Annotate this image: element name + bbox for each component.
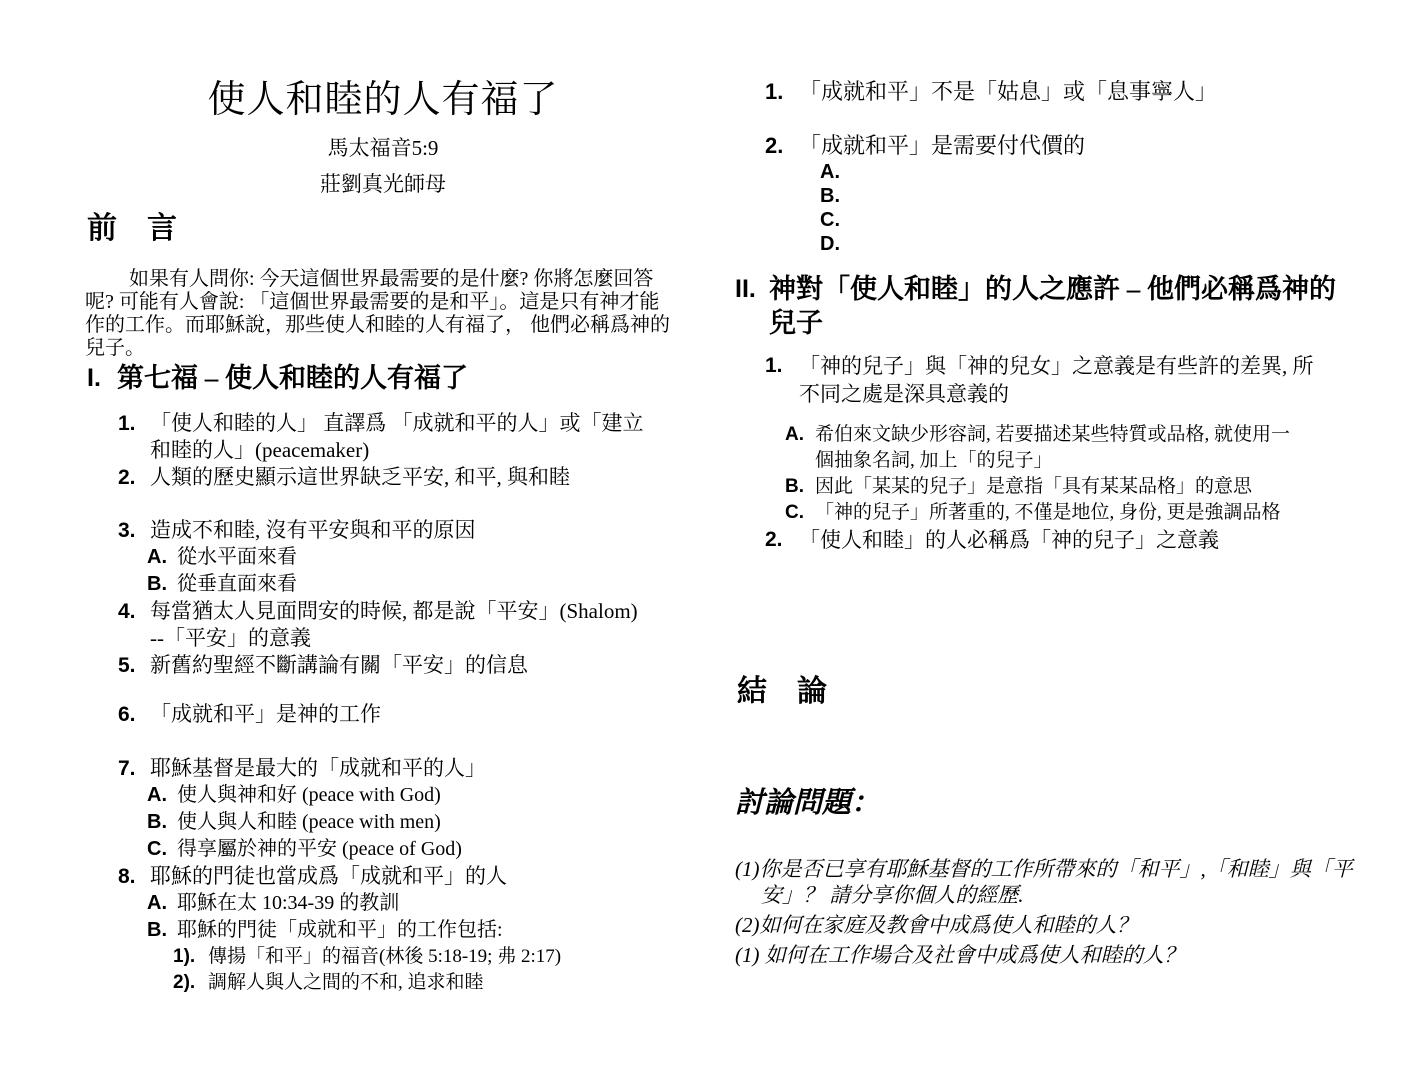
preface-paragraph: 如果有人問你: 今天這個世界最需要的是什麼? 你將怎麼回答呢? 可能有人會說: …	[85, 268, 677, 360]
item-text: 人類的歷史顯示這世界缺乏平安, 和平, 與和睦	[150, 464, 570, 491]
list-item: 3. 造成不和睦, 沒有平安與和平的原因	[85, 517, 681, 544]
item-text: 「使人和睦的人」 直譯爲 「成就和平的人」或「建立和睦的人」(peacemake…	[150, 410, 655, 464]
list-item: 1. 「成就和平」不是「姑息」或「息事寧人」	[735, 78, 1395, 106]
list-item: 5. 新舊約聖經不斷講論有關「平安」的信息	[85, 652, 681, 679]
list-item: B. 因此「某某的兒子」是意指「具有某某品格」的意思	[735, 474, 1395, 500]
list-item: A. 希伯來文缺少形容詞, 若要描述某些特質或品格, 就使用一個抽象名詞, 加上…	[735, 422, 1395, 474]
list-item: 2. 「成就和平」是需要付代價的	[735, 132, 1395, 160]
item-number: 1.	[765, 78, 799, 106]
item-number: 1).	[173, 944, 208, 970]
list-item: A.	[735, 160, 1395, 184]
item-text: 從水平面來看	[177, 544, 297, 571]
item-text: 得享屬於神的平安 (peace of God)	[177, 836, 462, 863]
conclusion-heading: 結 論	[737, 675, 827, 709]
section-i-heading: I. 第七福 – 使人和睦的人有福了	[87, 361, 468, 395]
item-number: B.	[147, 917, 177, 944]
item-number: 1.	[765, 352, 799, 380]
item-number: C.	[147, 836, 177, 863]
item-number: 6.	[118, 701, 150, 728]
question-line1: (1)你是否已享有耶穌基督的工作所帶來的「和平」,「和睦」與「平	[735, 857, 1353, 881]
item-number: 4.	[118, 598, 150, 625]
item-text: 新舊約聖經不斷講論有關「平安」的信息	[150, 652, 528, 679]
item-text: 耶穌的門徒「成就和平」的工作包括:	[177, 917, 503, 944]
item-number: C.	[820, 208, 848, 232]
discussion-question: (1) 如何在工作場合及社會中成爲使人和睦的人？	[735, 942, 1408, 968]
item-text: 「成就和平」是神的工作	[150, 701, 381, 728]
list-item: D.	[735, 232, 1395, 256]
list-item: B. 耶穌的門徒「成就和平」的工作包括:	[85, 917, 681, 944]
item-text: 調解人與人之間的不和, 追求和睦	[208, 970, 484, 996]
item-text: 「使人和睦」的人必稱爲「神的兒子」之意義	[799, 526, 1219, 554]
item-number: 2).	[173, 970, 208, 996]
section-i-title: 第七福 – 使人和睦的人有福了	[117, 361, 468, 395]
list-item: 2). 調解人與人之間的不和, 追求和睦	[85, 970, 681, 996]
section-i-outline-continued: 1. 「成就和平」不是「姑息」或「息事寧人」 2. 「成就和平」是需要付代價的 …	[735, 78, 1395, 256]
list-item: B. 從垂直面來看	[85, 571, 681, 598]
item-text-line2: --「平安」的意義	[150, 626, 311, 650]
item-text: 造成不和睦, 沒有平安與和平的原因	[150, 517, 476, 544]
item-number: 2.	[765, 132, 799, 160]
discussion-question: (2)如何在家庭及教會中成爲使人和睦的人？	[735, 912, 1408, 938]
item-number: 5.	[118, 652, 150, 679]
item-text: 「成就和平」不是「姑息」或「息事寧人」	[799, 78, 1217, 106]
list-item: 2. 「使人和睦」的人必稱爲「神的兒子」之意義	[735, 526, 1395, 554]
item-number: 1.	[118, 410, 150, 437]
item-text: 耶穌在太 10:34-39 的教訓	[177, 890, 399, 917]
list-item: A. 耶穌在太 10:34-39 的教訓	[85, 890, 681, 917]
right-column: 1. 「成就和平」不是「姑息」或「息事寧人」 2. 「成就和平」是需要付代價的 …	[735, 0, 1405, 1088]
left-column: 使人和睦的人有福了 馬太福音5:9 莊劉真光師母 前 言 如果有人問你: 今天這…	[85, 0, 681, 1088]
discussion-question: (1)你是否已享有耶穌基督的工作所帶來的「和平」,「和睦」與「平安」？ 請分享你…	[735, 856, 1408, 908]
question-line2: 安」？ 請分享你個人的經歷.	[735, 883, 1024, 907]
item-number: B.	[785, 474, 815, 500]
item-number: A.	[820, 160, 848, 184]
preface-heading: 前 言	[87, 212, 177, 246]
discussion-questions-list: (1)你是否已享有耶穌基督的工作所帶來的「和平」,「和睦」與「平安」？ 請分享你…	[735, 856, 1408, 968]
item-text: 使人與神和好 (peace with God)	[177, 782, 441, 809]
item-number: 2.	[118, 464, 150, 491]
item-number: A.	[147, 544, 177, 571]
item-number: B.	[820, 184, 848, 208]
item-text: 「神的兒子」與「神的兒女」之意義是有些許的差異, 所不同之處是深具意義的	[799, 352, 1314, 408]
item-number: 3.	[118, 517, 150, 544]
discussion-questions-heading: 討論問題：	[735, 786, 880, 820]
list-item: A. 使人與神和好 (peace with God)	[85, 782, 681, 809]
section-i-outline: 1. 「使人和睦的人」 直譯爲 「成就和平的人」或「建立和睦的人」(peacem…	[85, 410, 681, 996]
list-item: C.	[735, 208, 1395, 232]
list-item: A. 從水平面來看	[85, 544, 681, 571]
list-item: B.	[735, 184, 1395, 208]
item-number: A.	[147, 890, 177, 917]
list-item: 1. 「神的兒子」與「神的兒女」之意義是有些許的差異, 所不同之處是深具意義的	[735, 352, 1395, 408]
item-number: C.	[785, 500, 815, 526]
document-page: 使人和睦的人有福了 馬太福音5:9 莊劉真光師母 前 言 如果有人問你: 今天這…	[0, 0, 1408, 1088]
item-number: 7.	[118, 755, 150, 782]
item-text: 耶穌的門徒也當成爲「成就和平」的人	[150, 863, 507, 890]
section-ii-number: II.	[735, 272, 769, 306]
item-number: B.	[147, 571, 177, 598]
section-i-number: I.	[87, 361, 117, 395]
list-item: C. 得享屬於神的平安 (peace of God)	[85, 836, 681, 863]
item-number: B.	[147, 809, 177, 836]
title-block: 使人和睦的人有福了 馬太福音5:9 莊劉真光師母	[85, 76, 681, 196]
list-item: C. 「神的兒子」所著重的, 不僅是地位, 身份, 更是強調品格	[735, 500, 1395, 526]
list-item: 4. 每當猶太人見面問安的時候, 都是說「平安」(Shalom)--「平安」的意…	[85, 598, 681, 652]
item-number: D.	[820, 232, 848, 256]
section-ii-title: 神對「使人和睦」的人之應許 – 他們必稱爲神的兒子	[769, 272, 1359, 340]
item-number: 8.	[118, 863, 150, 890]
list-item: 6. 「成就和平」是神的工作	[85, 701, 681, 728]
item-text-line1: 每當猶太人見面問安的時候, 都是說「平安」(Shalom)	[150, 599, 638, 623]
item-text: 耶穌基督是最大的「成就和平的人」	[150, 755, 486, 782]
document-title: 使人和睦的人有福了	[85, 76, 681, 124]
item-text: 「成就和平」是需要付代價的	[799, 132, 1085, 160]
item-text: 希伯來文缺少形容詞, 若要描述某些特質或品格, 就使用一個抽象名詞, 加上「的兒…	[815, 422, 1295, 474]
item-text: 每當猶太人見面問安的時候, 都是說「平安」(Shalom)--「平安」的意義	[150, 598, 638, 652]
item-number: A.	[147, 782, 177, 809]
item-text: 因此「某某的兒子」是意指「具有某某品格」的意思	[815, 474, 1252, 500]
scripture-reference: 馬太福音5:9	[85, 136, 681, 160]
item-text: 從垂直面來看	[177, 571, 297, 598]
list-item: 8. 耶穌的門徒也當成爲「成就和平」的人	[85, 863, 681, 890]
item-number: A.	[785, 422, 815, 448]
item-text: 傳揚「和平」的福音(林後 5:18-19; 弗 2:17)	[208, 944, 561, 970]
section-ii-outline: 1. 「神的兒子」與「神的兒女」之意義是有些許的差異, 所不同之處是深具意義的 …	[735, 352, 1395, 554]
list-item: 2. 人類的歷史顯示這世界缺乏平安, 和平, 與和睦	[85, 464, 681, 491]
section-ii-heading: II. 神對「使人和睦」的人之應許 – 他們必稱爲神的兒子	[735, 272, 1397, 340]
list-item: 7. 耶穌基督是最大的「成就和平的人」	[85, 755, 681, 782]
item-text: 使人與人和睦 (peace with men)	[177, 809, 441, 836]
list-item: 1). 傳揚「和平」的福音(林後 5:18-19; 弗 2:17)	[85, 944, 681, 970]
item-number: 2.	[765, 526, 799, 554]
author-name: 莊劉真光師母	[85, 172, 681, 196]
item-text: 「神的兒子」所著重的, 不僅是地位, 身份, 更是強調品格	[815, 500, 1281, 526]
list-item: B. 使人與人和睦 (peace with men)	[85, 809, 681, 836]
list-item: 1. 「使人和睦的人」 直譯爲 「成就和平的人」或「建立和睦的人」(peacem…	[85, 410, 681, 464]
